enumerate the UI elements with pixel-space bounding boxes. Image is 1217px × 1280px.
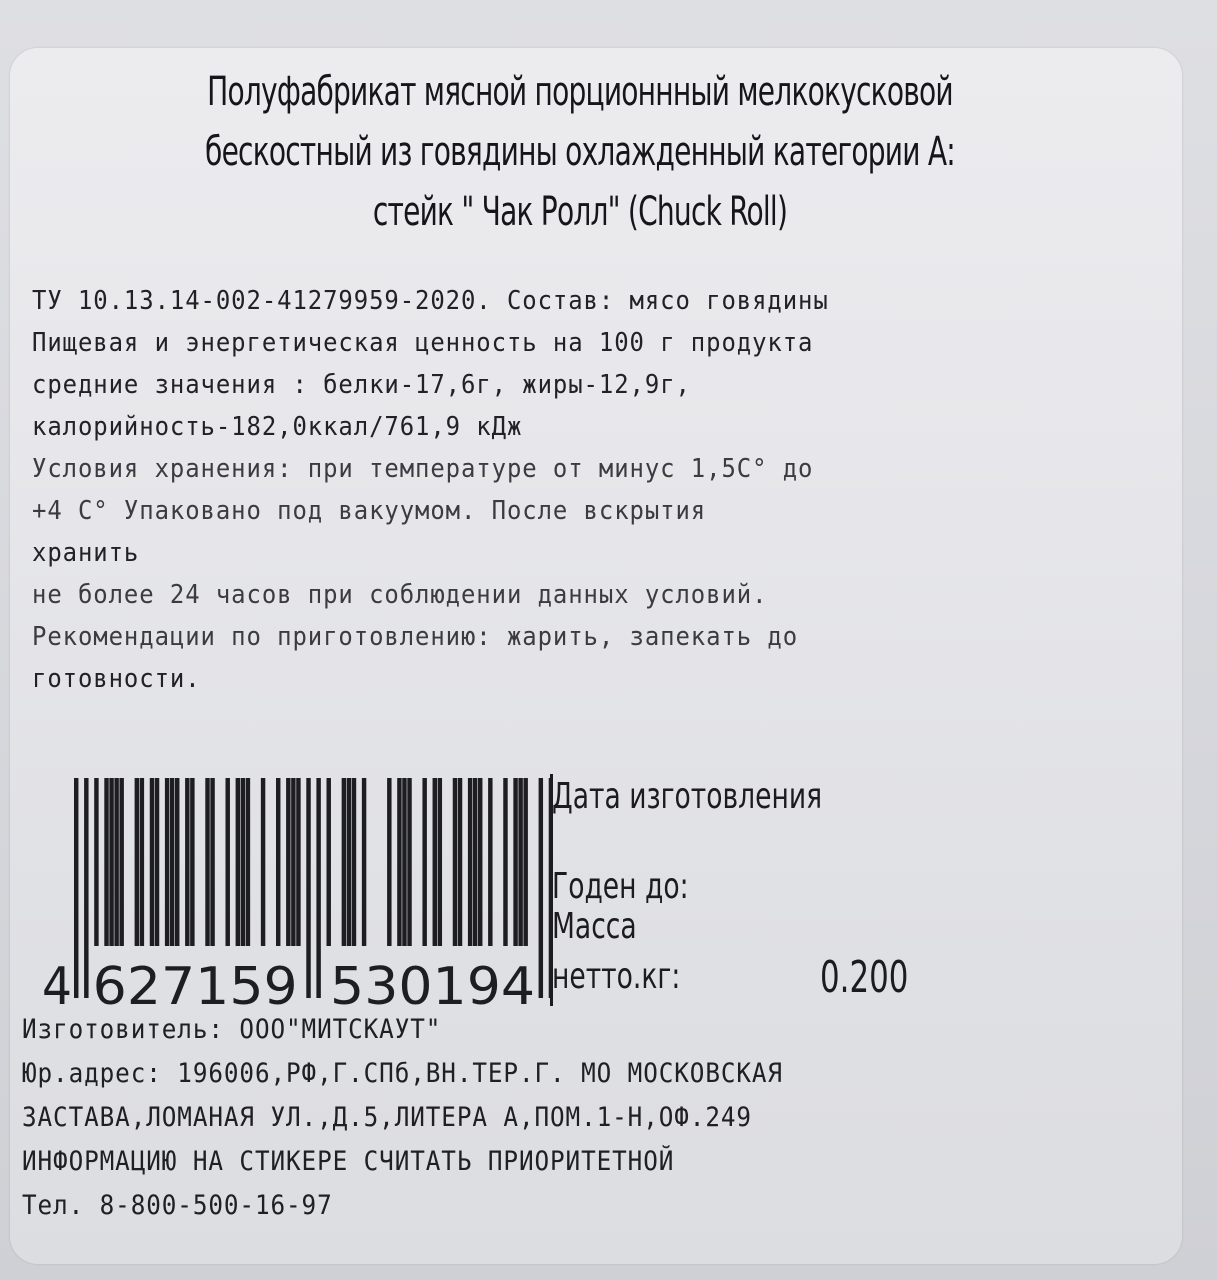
nutrition-line-1: Пищевая и энергетическая ценность на 100… — [32, 322, 1044, 364]
product-label: Полуфабрикат мясной порционнный мелкокус… — [10, 48, 1182, 1264]
storage-line-1: Условия хранения: при температуре от мин… — [32, 448, 1044, 490]
cooking-line-1: Рекомендации по приготовлению: жарить, з… — [32, 616, 1044, 658]
phone-number: Тел. 8-800-500-16-97 — [22, 1184, 1030, 1228]
legal-address-line-1: Юр.адрес: 196006,РФ,Г.СПб,ВН.ТЕР.Г. МО М… — [22, 1052, 1030, 1096]
product-info: ТУ 10.13.14-002-41279959-2020. Состав: м… — [32, 280, 1132, 700]
manufacturer-name: Изготовитель: ООО"МИТСКАУТ" — [22, 1008, 1030, 1052]
storage-line-2: +4 С° Упаковано под вакуумом. После вскр… — [32, 490, 1044, 532]
ean13-barcode: 4627159530194 — [30, 770, 550, 1020]
mass-label: Масса — [552, 906, 637, 947]
product-title: Полуфабрикат мясной порционнный мелкокус… — [182, 62, 978, 242]
manufacturer-info: Изготовитель: ООО"МИТСКАУТ" Юр.адрес: 19… — [22, 1008, 1142, 1228]
production-date-label: Дата изготовления — [552, 776, 822, 817]
storage-line-4: не более 24 часов при соблюдении данных … — [32, 574, 1044, 616]
cooking-line-2: готовности. — [32, 658, 1044, 700]
barcode-graphic: 4627159530194 — [30, 770, 550, 1020]
title-line-3: стейк " Чак Ролл" (Chuck Roll) — [182, 182, 978, 242]
nutrition-line-2: средние значения : белки-17,6г, жиры-12,… — [32, 364, 1044, 406]
storage-line-3: хранить — [32, 532, 1044, 574]
nutrition-line-3: калорийность-182,0ккал/761,9 кДж — [32, 406, 1044, 448]
sticker-priority-note: ИНФОРМАЦИЮ НА СТИКЕРЕ СЧИТАТЬ ПРИОРИТЕТН… — [22, 1140, 1030, 1184]
title-line-1: Полуфабрикат мясной порционнный мелкокус… — [182, 62, 978, 122]
best-before-label: Годен до: — [552, 866, 689, 907]
net-kg-label: нетто.кг: — [552, 956, 680, 997]
legal-address-line-2: ЗАСТАВА,ЛОМАНАЯ УЛ.,Д.5,ЛИТЕРА А,ПОМ.1-Н… — [22, 1096, 1030, 1140]
spec-composition-line: ТУ 10.13.14-002-41279959-2020. Состав: м… — [32, 280, 1044, 322]
title-line-2: бескостный из говядины охлажденный катег… — [182, 122, 978, 182]
net-kg-value: 0.200 — [820, 952, 908, 1003]
